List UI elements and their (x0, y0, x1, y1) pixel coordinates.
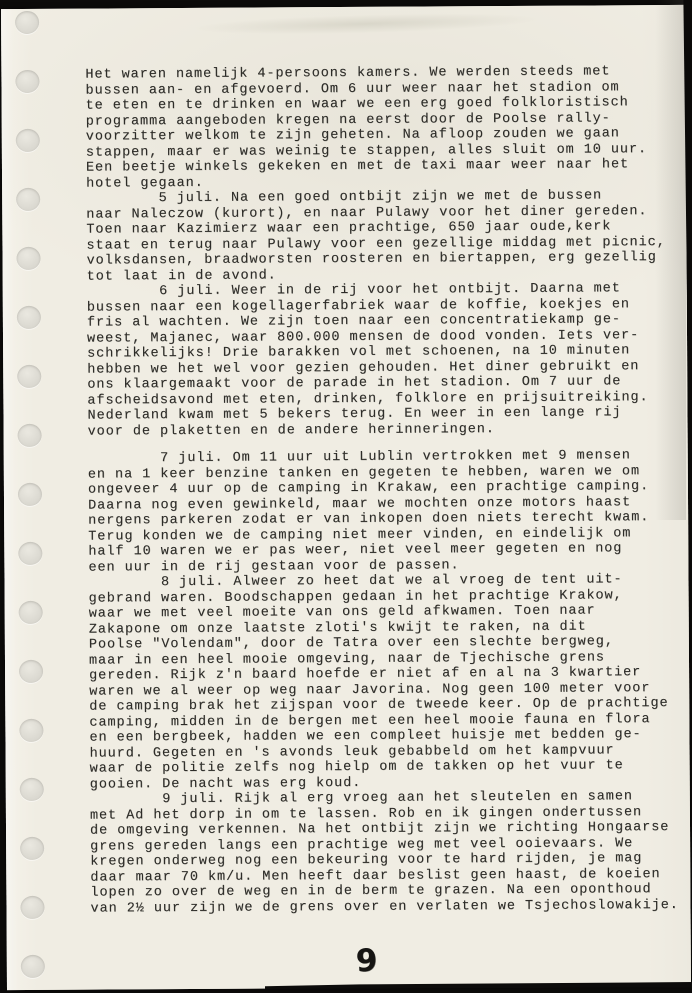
binder-hole (18, 424, 42, 447)
scan-edge-bottom (265, 981, 692, 989)
journal-paragraph-8-juli: 8 juli. Alweer zo heet dat we al vroeg d… (88, 572, 675, 793)
binder-hole (17, 306, 41, 329)
binder-hole (19, 660, 43, 683)
binder-hole (16, 129, 40, 152)
scanned-page: Het waren namelijk 4-persoons kamers. We… (1, 5, 691, 990)
journal-paragraph-6-juli: 6 juli. Weer in de rij voor het ontbijt.… (87, 281, 674, 440)
binder-hole (19, 601, 43, 624)
page-number: 9 (355, 942, 378, 979)
binder-hole (18, 542, 42, 565)
binder-hole (20, 896, 44, 919)
binder-hole (19, 719, 43, 742)
binder-hole (16, 188, 40, 211)
scan-smudge (196, 10, 536, 37)
journal-paragraph-9-juli: 9 juli. Rijk al erg vroeg aan het sleute… (90, 789, 677, 917)
binder-hole (20, 837, 44, 860)
journal-text: Het waren namelijk 4-persoons kamers. We… (85, 64, 676, 917)
binder-hole (20, 778, 44, 801)
journal-paragraph-5-juli: 5 juli. Na een goed ontbijt zijn we met … (86, 188, 673, 285)
binder-hole (15, 11, 39, 34)
binder-hole (18, 483, 42, 506)
binder-hole (17, 365, 41, 388)
binder-holes (1, 9, 57, 990)
journal-paragraph-7-juli: 7 juli. Om 11 uur uit Lublin vertrokken … (88, 448, 675, 576)
scan-shadow-right (652, 0, 686, 520)
journal-paragraph: Het waren namelijk 4-persoons kamers. We… (85, 64, 672, 192)
binder-hole (16, 247, 40, 270)
binder-hole (15, 70, 39, 93)
binder-hole (21, 955, 45, 978)
